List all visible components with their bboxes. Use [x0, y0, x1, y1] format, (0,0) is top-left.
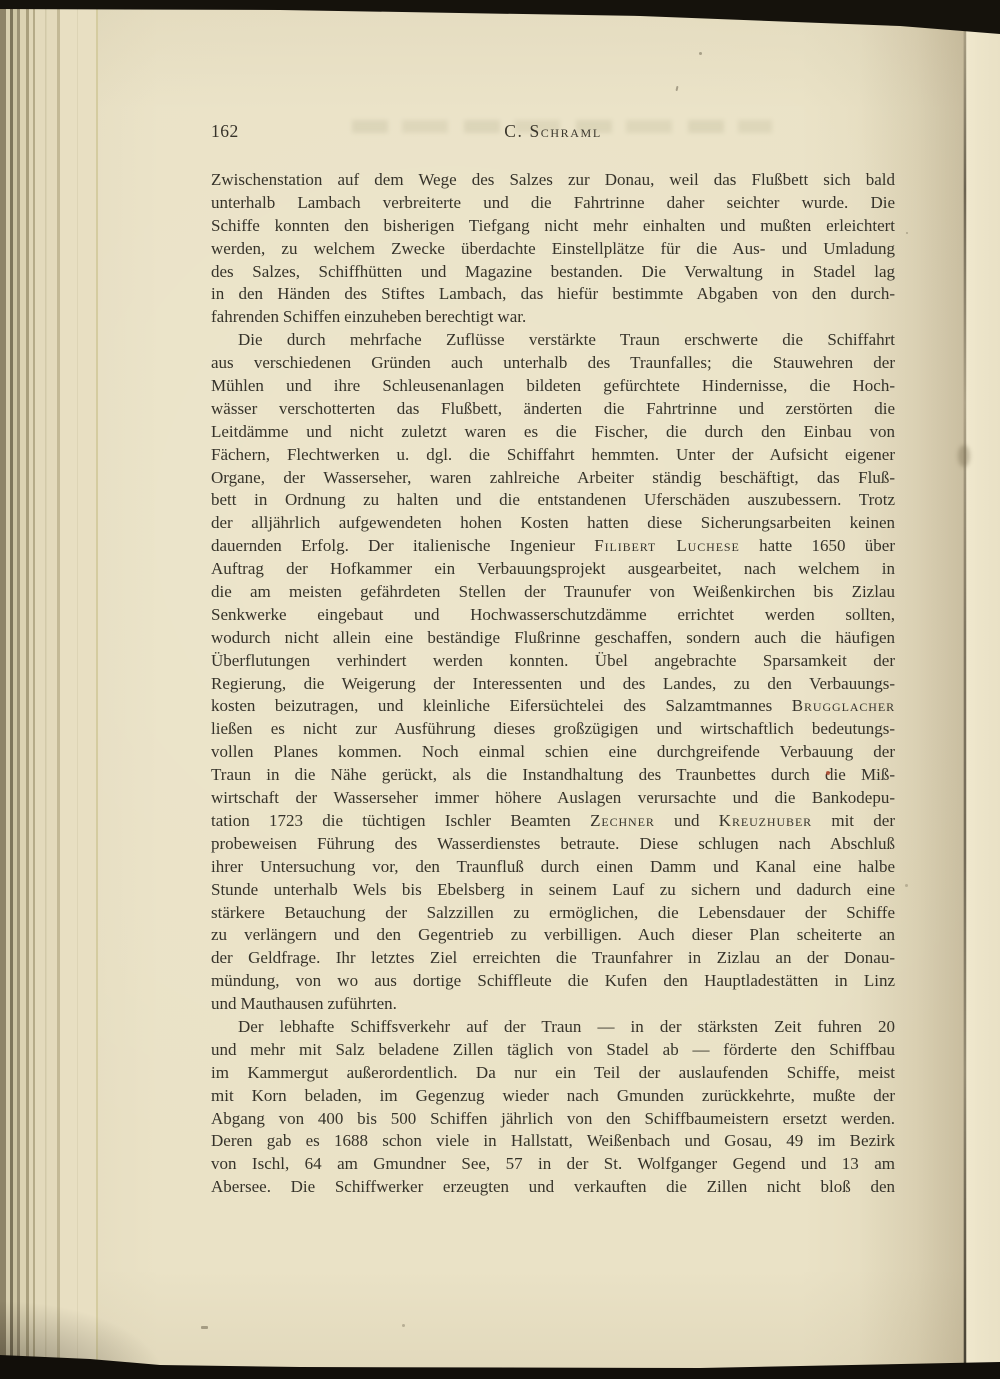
- text-line: werden, zu welchem Zwecke überdachte Ein…: [211, 238, 895, 261]
- body-text: Zwischenstation auf dem Wege des Salzes …: [211, 169, 895, 1199]
- page-stack-edges: [0, 6, 100, 1367]
- text-line: Auftrag der Hofkammer ein Verbauungsproj…: [211, 558, 895, 581]
- text-line: stärkere Betauchung der Salzzillen zu er…: [211, 902, 895, 925]
- text-line: Stunde unterhalb Wels bis Ebelsberg in s…: [211, 879, 895, 902]
- dust-speck: [201, 1326, 208, 1329]
- text-line: und Mauthausen zuführten.: [211, 993, 895, 1016]
- text-line: Deren gab es 1688 schon viele in Hallsta…: [211, 1130, 895, 1153]
- text-line: wirtschaft der Wasserseher immer höhere …: [211, 787, 895, 810]
- dust-speck: [699, 52, 702, 55]
- running-header: C. Schraml: [211, 121, 895, 142]
- text-line: Senkwerke eingebaut und Hochwasserschutz…: [211, 604, 895, 627]
- dust-speck: [402, 1324, 405, 1327]
- page-fold-line: [964, 28, 966, 1366]
- text-line: Mühlen und ihre Schleusenanlagen bildete…: [211, 375, 895, 398]
- text-line: aus verschiedenen Gründen auch unterhalb…: [211, 352, 895, 375]
- text-line: die am meisten gefährdeten Stellen der T…: [211, 581, 895, 604]
- photo-edge-bottom: [0, 1339, 1000, 1379]
- text-line: Der lebhafte Schiffsverkehr auf der Trau…: [211, 1016, 895, 1039]
- text-line: fahrenden Schiffen einzuheben berechtigt…: [211, 306, 895, 329]
- small-caps-name: Kreuzhuber: [719, 811, 812, 830]
- text-line: der Geldfrage. Ihr letztes Ziel erreicht…: [211, 947, 895, 970]
- text-line: kosten beizutragen, und kleinliche Eifer…: [211, 695, 895, 718]
- book-page-photo: 162 C. Schraml Zwischenstation auf dem W…: [0, 0, 1000, 1379]
- text-line: Fächern, Flechtwerken u. dgl. die Schiff…: [211, 444, 895, 467]
- text-line: Überflutungen verhindert werden konnten.…: [211, 650, 895, 673]
- text-line: Abgang von 400 bis 500 Schiffen jährlich…: [211, 1108, 895, 1131]
- small-caps-name: Zechner: [590, 811, 655, 830]
- text-line: der alljährlich aufgewendeten hohen Kost…: [211, 512, 895, 535]
- text-line: ließen es nicht zur Ausführung dieses gr…: [211, 718, 895, 741]
- text-line: Organe, der Wasserseher, waren zahlreich…: [211, 467, 895, 490]
- text-line: Abersee. Die Schiffwerker erzeugten und …: [211, 1176, 895, 1199]
- text-line: dauernden Erfolg. Der italienische Ingen…: [211, 535, 895, 558]
- text-line: ihrer Untersuchung vor, den Traunfluß du…: [211, 856, 895, 879]
- text-line: vollen Planes kommen. Noch einmal schien…: [211, 741, 895, 764]
- text-line: Regierung, die Weigerung der Interessent…: [211, 673, 895, 696]
- text-line: mit Korn beladen, im Gegenzug wieder nac…: [211, 1085, 895, 1108]
- text-line: wodurch nicht allein eine beständige Flu…: [211, 627, 895, 650]
- small-caps-name: Brugglacher: [792, 696, 895, 715]
- text-line: unterhalb Lambach verbreiterte und die F…: [211, 192, 895, 215]
- text-line: Traun in die Nähe gerückt, als die Insta…: [211, 764, 895, 787]
- text-line: bett in Ordnung zu halten und die entsta…: [211, 489, 895, 512]
- dust-speck: [905, 884, 908, 887]
- text-line: zu verlängern und den Gegentrieb zu verb…: [211, 924, 895, 947]
- fold-smudge: [958, 445, 970, 467]
- text-line: tation 1723 die tüchtigen Ischler Beamte…: [211, 810, 895, 833]
- text-line: mündung, von wo aus dortige Schiffleute …: [211, 970, 895, 993]
- small-caps-name: Filibert Luchese: [594, 536, 740, 555]
- text-line: wässer verschotterten das Flußbett, ände…: [211, 398, 895, 421]
- photo-edge-top: [0, 0, 1000, 40]
- text-line: probeweisen Führung des Wasserdienstes b…: [211, 833, 895, 856]
- text-line: des Salzes, Schiffhütten und Magazine be…: [211, 261, 895, 284]
- text-line: in den Händen des Stiftes Lambach, das h…: [211, 283, 895, 306]
- text-line: Schiffe konnten den bisherigen Tiefgang …: [211, 215, 895, 238]
- dust-speck: [906, 232, 908, 234]
- text-line: Zwischenstation auf dem Wege des Salzes …: [211, 169, 895, 192]
- text-line: und mehr mit Salz beladene Zillen täglic…: [211, 1039, 895, 1062]
- text-line: im Kammergut außerordentlich. Da nur ein…: [211, 1062, 895, 1085]
- text-line: von Ischl, 64 am Gmundner See, 57 in der…: [211, 1153, 895, 1176]
- text-line: Leitdämme und nicht zuletzt waren es die…: [211, 421, 895, 444]
- text-line: Die durch mehrfache Zuflüsse verstärkte …: [211, 329, 895, 352]
- dust-speck: [676, 86, 679, 91]
- next-page-edge: [966, 24, 1000, 1367]
